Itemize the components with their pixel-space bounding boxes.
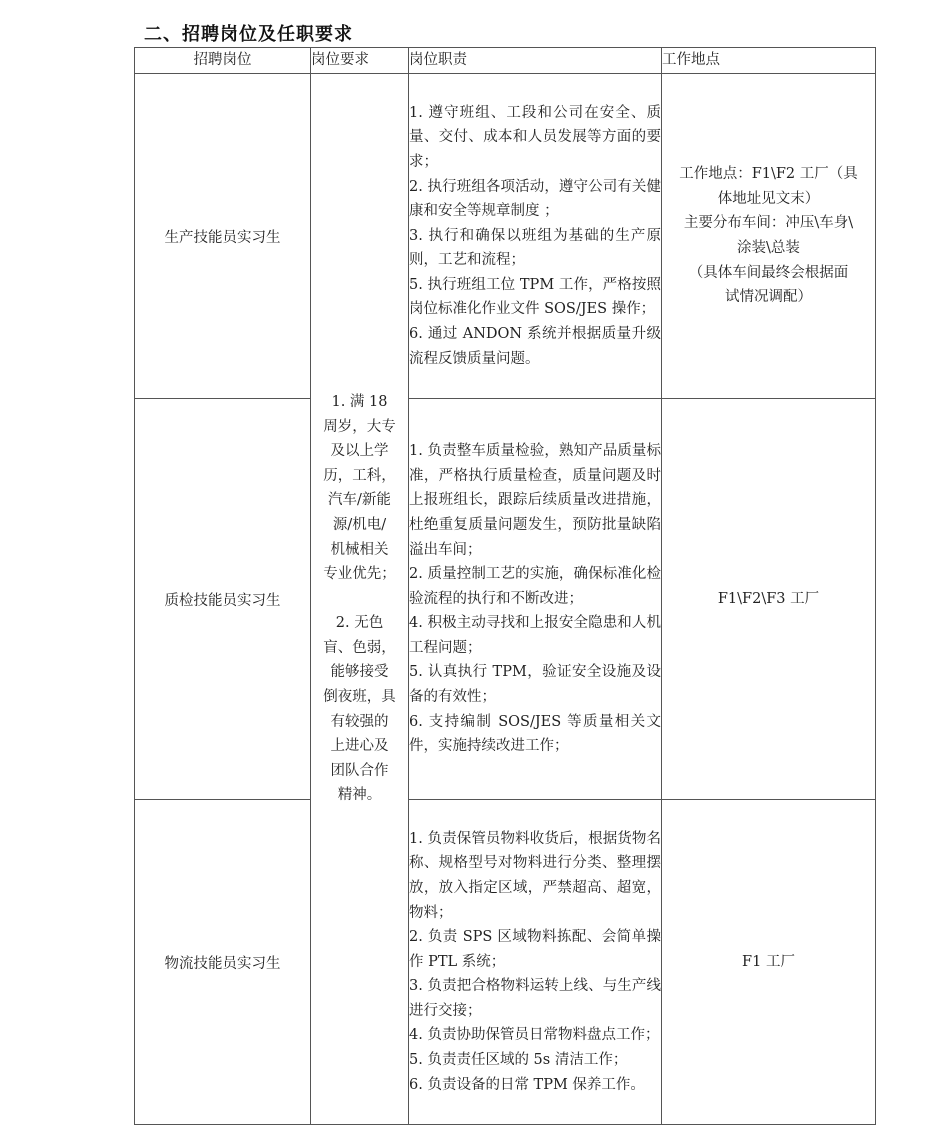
requirement-line: 机械相关 — [311, 538, 408, 563]
duties-cell: 1. 负责整车质量检验，熟知产品质量标准，严格执行质量检查，质量问题及时上报班组… — [409, 399, 662, 800]
duty-item: 6. 通过 ANDON 系统并根据质量升级流程反馈质量问题。 — [409, 322, 661, 371]
requirement-line: 专业优先； — [311, 562, 408, 587]
header-position: 招聘岗位 — [135, 48, 311, 74]
duty-item: 6. 支持编制 SOS/JES 等质量相关文件，实施持续改进工作； — [409, 710, 661, 759]
header-requirements: 岗位要求 — [311, 48, 409, 74]
requirement-line: 精神。 — [311, 783, 408, 808]
location-line: 主要分布车间：冲压\车身\ — [662, 211, 875, 236]
duty-item: 1. 负责保管员物料收货后，根据货物名称、规格型号对物料进行分类、整理摆放，放入… — [409, 827, 661, 925]
requirement-line: 盲、色弱， — [311, 636, 408, 661]
duty-item: 3. 负责把合格物料运转上线、与生产线进行交接； — [409, 974, 661, 1023]
duty-item: 2. 执行班组各项活动，遵守公司有关健康和安全等规章制度 ； — [409, 175, 661, 224]
table-header-row: 招聘岗位 岗位要求 岗位职责 工作地点 — [135, 48, 876, 74]
duty-item: 4. 积极主动寻找和上报安全隐患和人机工程问题； — [409, 611, 661, 660]
requirement-line: 汽车/新能 — [311, 488, 408, 513]
position-cell: 质检技能员实习生 — [135, 399, 311, 800]
duties-cell: 1. 负责保管员物料收货后，根据货物名称、规格型号对物料进行分类、整理摆放，放入… — [409, 800, 662, 1125]
duty-item: 2. 负责 SPS 区域物料拣配、会简单操作 PTL 系统； — [409, 925, 661, 974]
duty-item: 5. 执行班组工位 TPM 工作，严格按照岗位标准化作业文件 SOS/JES 操… — [409, 273, 661, 322]
duty-item: 1. 遵守班组、工段和公司在安全、质量、交付、成本和人员发展等方面的要求； — [409, 101, 661, 175]
location-cell: 工作地点：F1\F2 工厂（具 体地址见文末） 主要分布车间：冲压\车身\ 涂装… — [662, 74, 876, 399]
requirement-line: 历，工科， — [311, 464, 408, 489]
position-cell: 物流技能员实习生 — [135, 800, 311, 1125]
table-row: 物流技能员实习生 1. 负责保管员物料收货后，根据货物名称、规格型号对物料进行分… — [135, 800, 876, 1125]
requirement-line: 有较强的 — [311, 710, 408, 735]
duties-cell: 1. 遵守班组、工段和公司在安全、质量、交付、成本和人员发展等方面的要求； 2.… — [409, 74, 662, 399]
requirement-line: 团队合作 — [311, 759, 408, 784]
duty-item: 5. 认真执行 TPM，验证安全设施及设备的有效性； — [409, 660, 661, 709]
job-requirements-table: 招聘岗位 岗位要求 岗位职责 工作地点 生产技能员实习生 1. 满 18 周岁，… — [134, 47, 876, 1125]
position-cell: 生产技能员实习生 — [135, 74, 311, 399]
duty-item: 2. 质量控制工艺的实施，确保标准化检验流程的执行和不断改进； — [409, 562, 661, 611]
duty-item: 4. 负责协助保管员日常物料盘点工作； — [409, 1023, 661, 1048]
section-title: 二、招聘岗位及任职要求 — [144, 20, 353, 46]
table-row: 质检技能员实习生 1. 负责整车质量检验，熟知产品质量标准，严格执行质量检查，质… — [135, 399, 876, 800]
duty-item: 6. 负责设备的日常 TPM 保养工作。 — [409, 1073, 661, 1098]
location-line: F1 工厂 — [662, 950, 875, 975]
location-line: F1\F2\F3 工厂 — [662, 587, 875, 612]
requirement-line: 周岁，大专 — [311, 415, 408, 440]
location-line: 涂装\总装 — [662, 236, 875, 261]
requirements-cell: 1. 满 18 周岁，大专 及以上学 历，工科， 汽车/新能 源/机电/ 机械相… — [311, 74, 409, 1125]
location-line: 体地址见文末） — [662, 187, 875, 212]
requirement-line: 1. 满 18 — [311, 390, 408, 415]
requirement-line: 2. 无色 — [311, 611, 408, 636]
requirement-line: 倒夜班，具 — [311, 685, 408, 710]
location-cell: F1 工厂 — [662, 800, 876, 1125]
requirement-spacer — [311, 587, 408, 612]
location-line: （具体车间最终会根据面 — [662, 261, 875, 286]
duty-item: 5. 负责责任区域的 5s 清洁工作； — [409, 1048, 661, 1073]
header-duties: 岗位职责 — [409, 48, 662, 74]
location-cell: F1\F2\F3 工厂 — [662, 399, 876, 800]
requirement-line: 及以上学 — [311, 439, 408, 464]
requirement-line: 上进心及 — [311, 734, 408, 759]
location-line: 试情况调配） — [662, 285, 875, 310]
requirement-line: 源/机电/ — [311, 513, 408, 538]
location-line: 工作地点：F1\F2 工厂（具 — [662, 162, 875, 187]
requirement-line: 能够接受 — [311, 660, 408, 685]
duty-item: 3. 执行和确保以班组为基础的生产原则，工艺和流程； — [409, 224, 661, 273]
table-row: 生产技能员实习生 1. 满 18 周岁，大专 及以上学 历，工科， 汽车/新能 … — [135, 74, 876, 399]
duty-item: 1. 负责整车质量检验，熟知产品质量标准，严格执行质量检查，质量问题及时上报班组… — [409, 439, 661, 562]
header-location: 工作地点 — [662, 48, 876, 74]
